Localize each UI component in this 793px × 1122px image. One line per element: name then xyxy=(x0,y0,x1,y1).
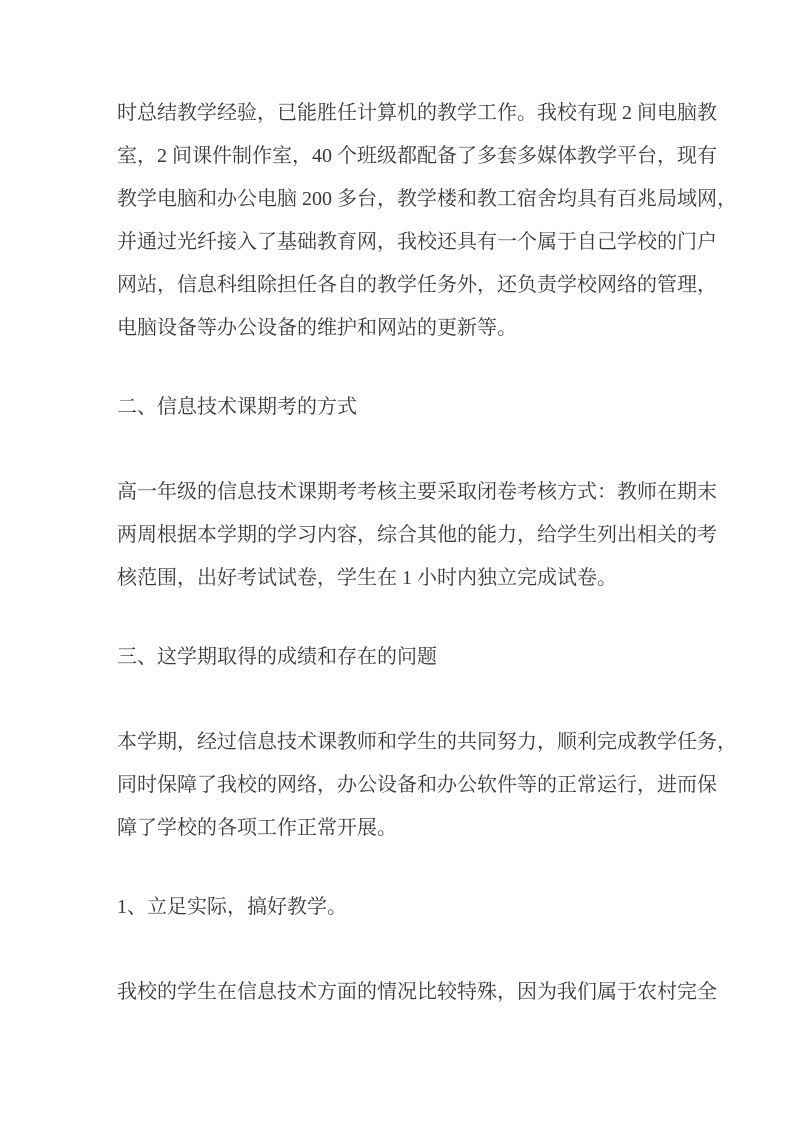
text-line: 我校的学生在信息技术方面的情况比较特殊，因为我们属于农村完全 xyxy=(117,971,733,1014)
text-line: 核范围，出好考试试卷，学生在 1 小时内独立完成试卷。 xyxy=(117,557,733,600)
text-line: 教学电脑和办公电脑 200 多台，教学楼和教工宿舍均具有百兆局域网， xyxy=(117,178,733,221)
paragraph-school-it-overview: 时总结教学经验，已能胜任计算机的教学工作。我校有现 2 间电脑教 室，2 间课件… xyxy=(117,92,733,350)
paragraph-exam-method-detail: 高一年级的信息技术课期考考核主要采取闭卷考核方式：教师在期末 两周根据本学期的学… xyxy=(117,471,733,600)
text-line: 网站，信息科组除担任各自的教学任务外，还负责学校网络的管理， xyxy=(117,264,733,307)
section-heading-achievements-problems: 三、这学期取得的成绩和存在的问题 xyxy=(117,636,733,679)
text-line: 本学期，经过信息技术课教师和学生的共同努力，顺利完成教学任务， xyxy=(117,721,733,764)
paragraph-student-situation: 我校的学生在信息技术方面的情况比较特殊，因为我们属于农村完全 xyxy=(117,971,733,1014)
text-line: 电脑设备等办公设备的维护和网站的更新等。 xyxy=(117,307,733,350)
text-line: 障了学校的各项工作正常开展。 xyxy=(117,807,733,850)
text-line: 时总结教学经验，已能胜任计算机的教学工作。我校有现 2 间电脑教 xyxy=(117,92,733,135)
text-line: 并通过光纤接入了基础教育网，我校还具有一个属于自己学校的门户 xyxy=(117,221,733,264)
text-line: 同时保障了我校的网络，办公设备和办公软件等的正常运行，进而保 xyxy=(117,764,733,807)
document-content: 时总结教学经验，已能胜任计算机的教学工作。我校有现 2 间电脑教 室，2 间课件… xyxy=(0,0,793,1014)
paragraph-semester-achievements: 本学期，经过信息技术课教师和学生的共同努力，顺利完成教学任务， 同时保障了我校的… xyxy=(117,721,733,850)
subsection-heading-teaching-practice: 1、立足实际，搞好教学。 xyxy=(117,886,733,929)
document-page: 时总结教学经验，已能胜任计算机的教学工作。我校有现 2 间电脑教 室，2 间课件… xyxy=(0,0,793,1122)
text-line: 室，2 间课件制作室，40 个班级都配备了多套多媒体教学平台，现有 xyxy=(117,135,733,178)
section-heading-exam-method: 二、信息技术课期考的方式 xyxy=(117,386,733,429)
text-line: 两周根据本学期的学习内容，综合其他的能力，给学生列出相关的考 xyxy=(117,514,733,557)
text-line: 高一年级的信息技术课期考考核主要采取闭卷考核方式：教师在期末 xyxy=(117,471,733,514)
